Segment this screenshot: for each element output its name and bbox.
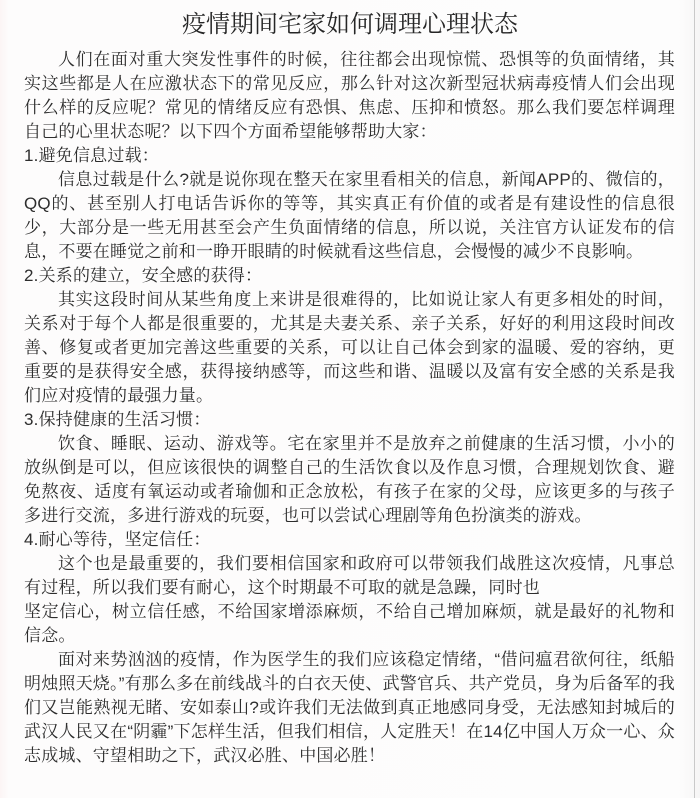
section-4-heading: 4.耐心等待，坚定信任： <box>24 528 675 552</box>
section-relationships-security: 2.关系的建立，安全感的获得： 其实这段时间从某些角度上来讲是很难得的，比如说让… <box>24 264 675 408</box>
document-body: 人们在面对重大突发性事件的时候，往往都会出现惊慌、恐惧等的负面情绪，其实这些都是… <box>24 48 675 768</box>
section-2-heading: 2.关系的建立，安全感的获得： <box>24 264 675 288</box>
section-3-heading: 3.保持健康的生活习惯： <box>24 408 675 432</box>
section-3-paragraph: 饮食、睡眠、运动、游戏等。宅在家里并不是放弃之前健康的生活习惯，小小的放纵倒是可… <box>24 432 675 528</box>
page-edge-line <box>694 0 695 798</box>
document-title: 疫情期间宅家如何调理心理状态 <box>0 0 700 40</box>
section-healthy-habits: 3.保持健康的生活习惯： 饮食、睡眠、运动、游戏等。宅在家里并不是放弃之前健康的… <box>24 408 675 528</box>
document-page: 疫情期间宅家如何调理心理状态 人们在面对重大突发性事件的时候，往往都会出现惊慌、… <box>0 0 700 798</box>
section-patience-trust: 4.耐心等待，坚定信任： 这个也是最重要的，我们要相信国家和政府可以带领我们战胜… <box>24 528 675 648</box>
section-1-paragraph: 信息过载是什么?就是说你现在整天在家里看相关的信息，新闻APP的、微信的，QQ的… <box>24 168 675 264</box>
intro-paragraph: 人们在面对重大突发性事件的时候，往往都会出现惊慌、恐惧等的负面情绪，其实这些都是… <box>24 48 675 144</box>
section-1-heading: 1.避免信息过载： <box>24 144 675 168</box>
section-4-paragraph-2: 坚定信心，树立信任感，不给国家增添麻烦，不给自己增加麻烦，就是最好的礼物和信念。 <box>24 600 675 648</box>
section-2-paragraph: 其实这段时间从某些角度上来讲是很难得的，比如说让家人有更多相处的时间，关系对于每… <box>24 288 675 408</box>
closing-paragraph: 面对来势汹汹的疫情，作为医学生的我们应该稳定情绪，“借问瘟君欲何往，纸船明烛照天… <box>24 648 675 768</box>
section-4-paragraph-1: 这个也是最重要的，我们要相信国家和政府可以带领我们战胜这次疫情，凡事总有过程，所… <box>24 552 675 600</box>
section-avoid-information-overload: 1.避免信息过载： 信息过载是什么?就是说你现在整天在家里看相关的信息，新闻AP… <box>24 144 675 264</box>
